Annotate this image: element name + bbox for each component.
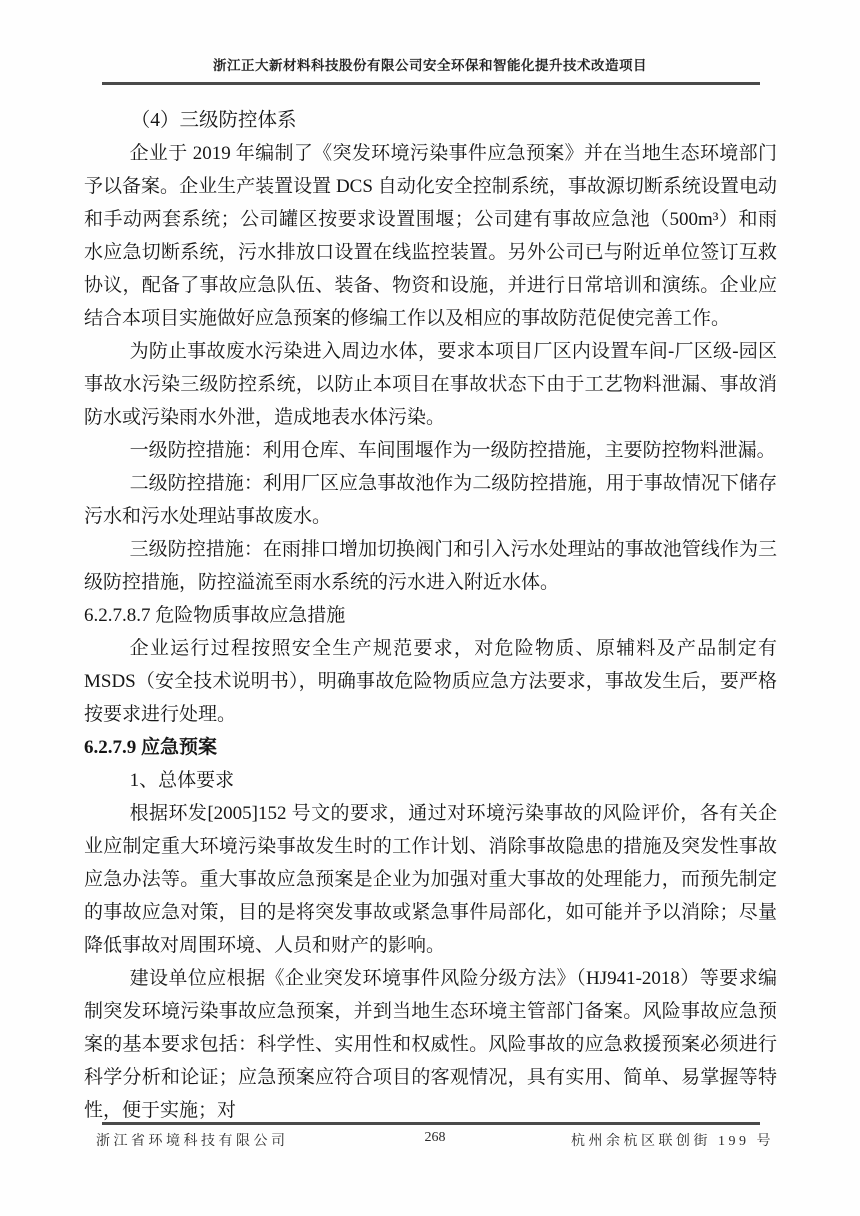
page-header-title: 浙江正大新材料科技股份有限公司安全环保和智能化提升技术改造项目 [0,54,860,74]
footer-divider [102,1122,760,1125]
paragraph-msds: 企业运行过程按照安全生产规范要求，对危险物质、原辅料及产品制定有 MSDS（安全… [84,632,777,731]
paragraph-level2-measure: 二级防控措施：利用厂区应急事故池作为二级防控措施，用于事故情况下储存污水和污水处… [84,467,777,533]
sub-heading-general-requirements: 1、总体要求 [84,764,777,797]
footer-page-number: 268 [425,1130,446,1146]
document-body: （4）三级防控体系 企业于 2019 年编制了《突发环境污染事件应急预案》并在当… [84,104,777,1127]
paragraph-hj941-2018: 建设单位应根据《企业突发环境事件风险分级方法》（HJ941-2018）等要求编制… [84,962,777,1127]
header-divider [102,82,760,85]
heading-6-2-7-9: 6.2.7.9 应急预案 [84,731,777,764]
document-page: 浙江正大新材料科技股份有限公司安全环保和智能化提升技术改造项目 （4）三级防控体… [0,0,860,1216]
paragraph-three-level-system: 为防止事故废水污染进入周边水体，要求本项目厂区内设置车间-厂区级-园区事故水污染… [84,335,777,434]
footer-company-name: 浙江省环境科技有限公司 [96,1130,289,1150]
paragraph-huanfa-2005-152: 根据环发[2005]152 号文的要求，通过对环境污染事故的风险评价，各有关企业… [84,797,777,962]
paragraph-level1-measure: 一级防控措施：利用仓库、车间围堰作为一级防控措施，主要防控物料泄漏。 [84,434,777,467]
heading-6-2-7-8-7: 6.2.7.8.7 危险物质事故应急措施 [84,599,777,632]
paragraph-emergency-plan-2019: 企业于 2019 年编制了《突发环境污染事件应急预案》并在当地生态环境部门予以备… [84,137,777,335]
footer-address: 杭州余杭区联创街 199 号 [571,1130,774,1150]
page-footer: 浙江省环境科技有限公司 268 杭州余杭区联创街 199 号 [96,1130,774,1150]
section-heading-level4: （4）三级防控体系 [84,104,777,137]
paragraph-level3-measure: 三级防控措施：在雨排口增加切换阀门和引入污水处理站的事故池管线作为三级防控措施，… [84,533,777,599]
